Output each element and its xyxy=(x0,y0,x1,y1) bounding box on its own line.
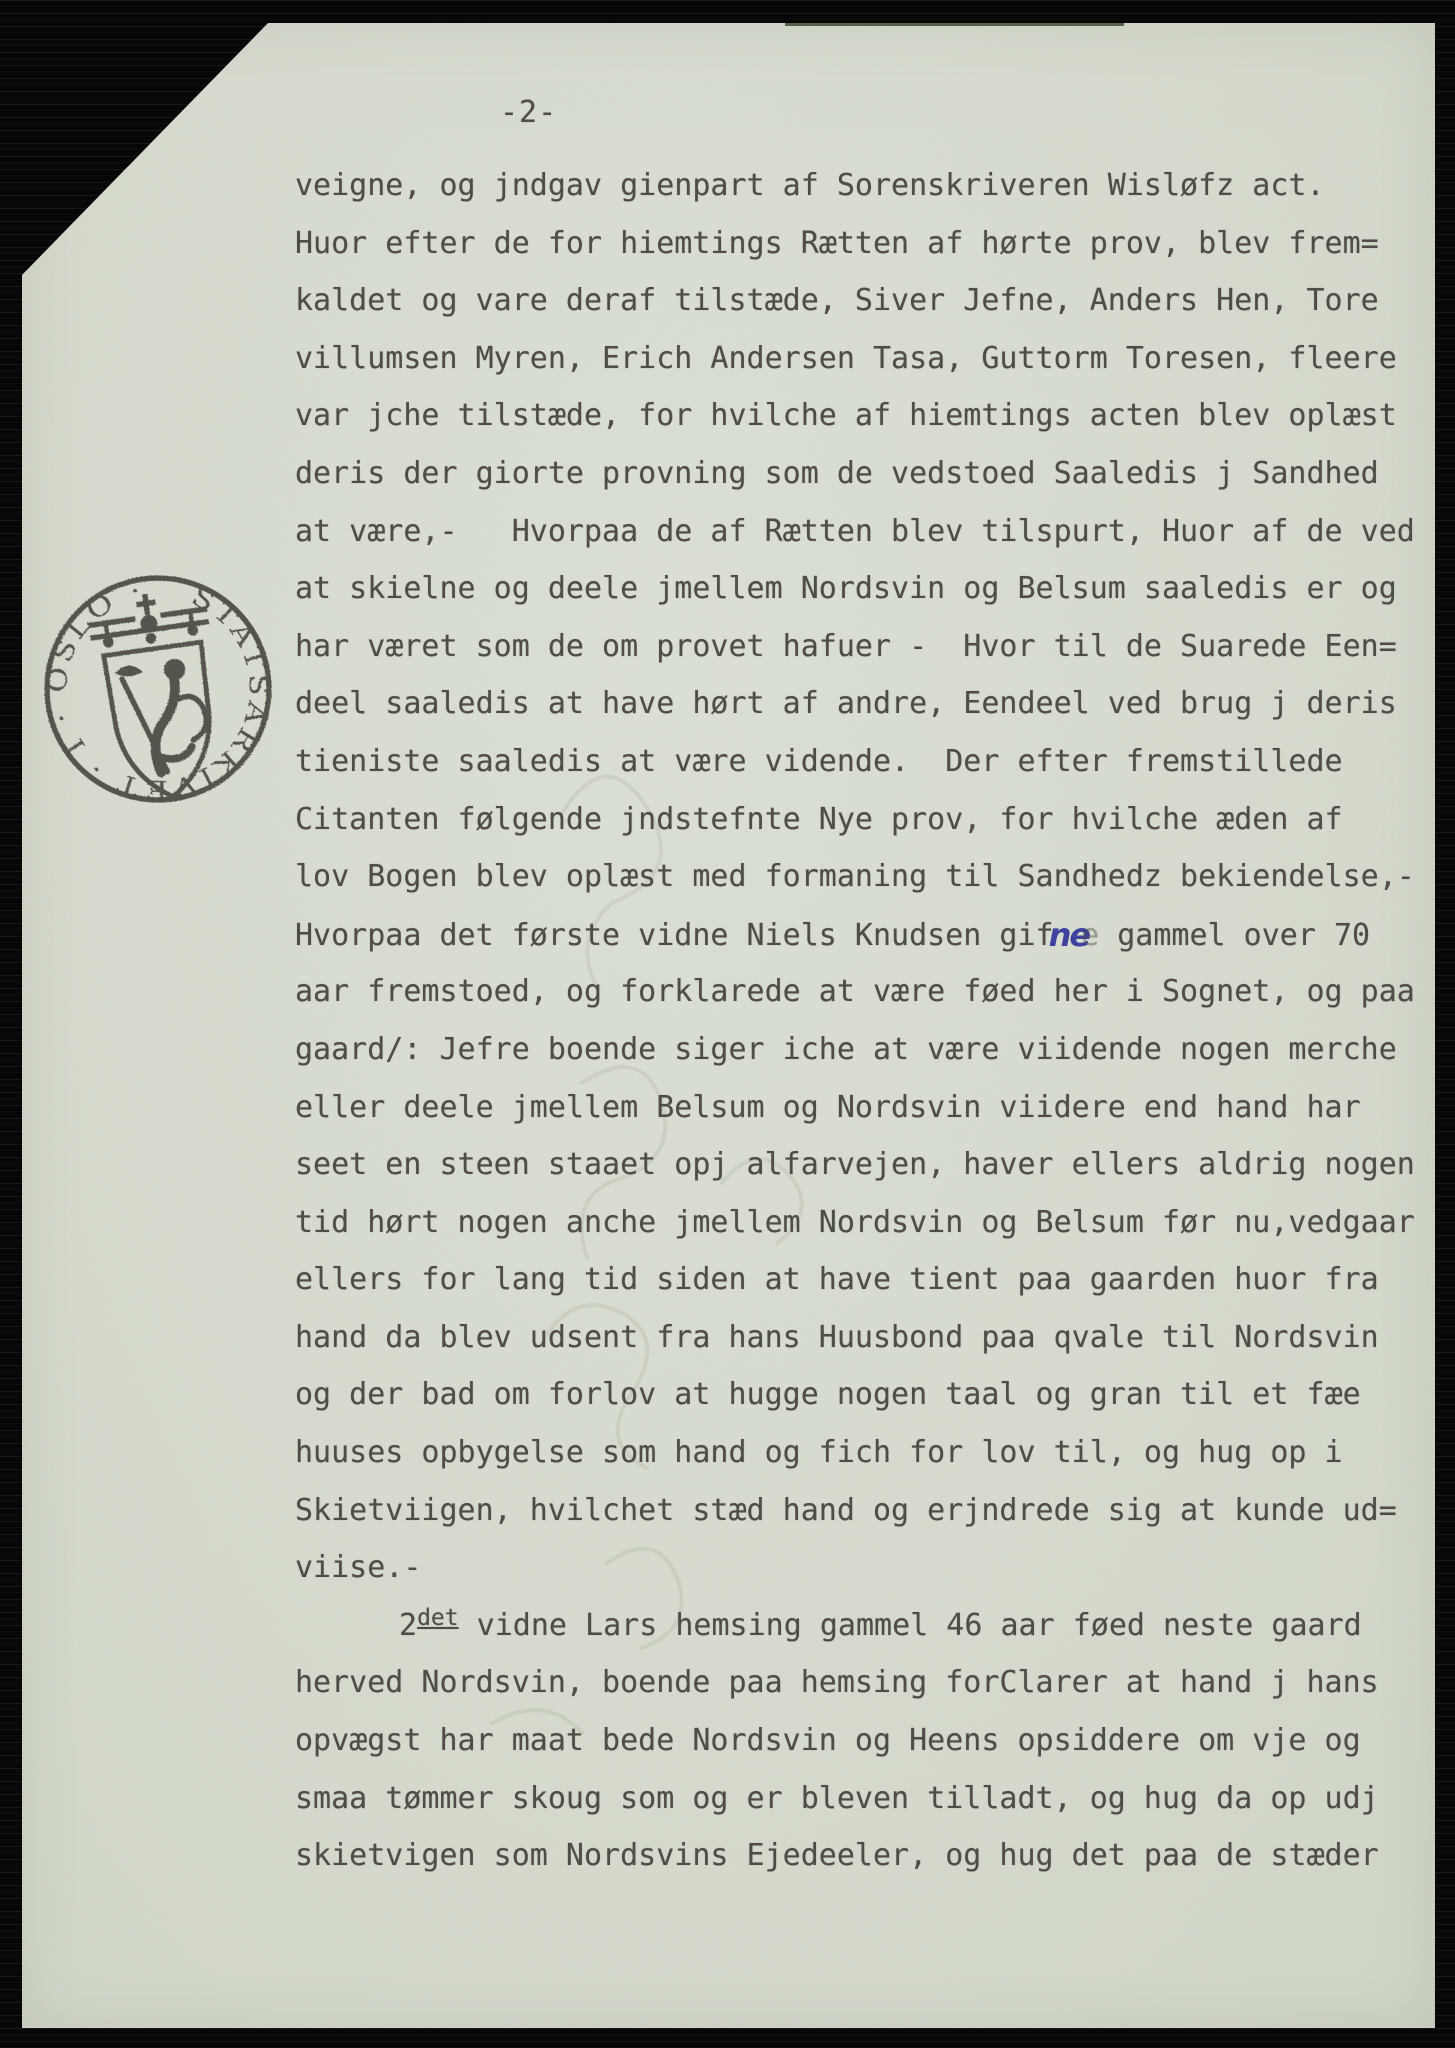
typed-line: aar fremstoed, og forklarede at være føe… xyxy=(295,963,1445,1021)
typed-ghost-letter: e xyxy=(1081,918,1099,953)
document-page: -2- veigne, og jndgav gienpart af Sorens… xyxy=(22,23,1435,2028)
typed-line: deel saaledis at have hørt af andre, Een… xyxy=(295,675,1445,733)
typed-line: huuses opbygelse som hand og fich for lo… xyxy=(295,1424,1445,1482)
typed-line-second-witness: 2det vidne Lars hemsing gammel 46 aar fø… xyxy=(295,1597,1445,1655)
typed-line: tid hørt nogen anche jmellem Nordsvin og… xyxy=(295,1194,1445,1252)
typed-line: herved Nordsvin, boende paa hemsing forC… xyxy=(295,1654,1445,1712)
typed-line: veigne, og jndgav gienpart af Sorenskriv… xyxy=(295,157,1445,215)
typed-line-with-correction: Hvorpaa det første vidne Niels Knudsen g… xyxy=(295,906,1445,964)
scanned-archive-page: { "page": { "page_number": "-2-", "stamp… xyxy=(0,0,1455,2048)
typed-line: lov Bogen blev oplæst med formaning til … xyxy=(295,848,1445,906)
typed-segment: Hvorpaa det første vidne Niels Knudsen g… xyxy=(295,918,1054,953)
typed-line: smaa tømmer skoug som og er bleven tilla… xyxy=(295,1770,1445,1828)
typed-line: var jche tilstæde, for hvilche af hiemti… xyxy=(295,387,1445,445)
typed-line: seet en steen staaet opj alfarvejen, hav… xyxy=(295,1136,1445,1194)
typed-text-block: veigne, og jndgav gienpart af Sorenskriv… xyxy=(295,157,1445,1885)
page-number: -2- xyxy=(500,95,557,130)
typed-line: viise.- xyxy=(295,1539,1445,1597)
typed-line: Huor efter de for hiemtings Rætten af hø… xyxy=(295,215,1445,273)
typed-line: at være,- Hvorpaa de af Rætten blev tils… xyxy=(295,503,1445,561)
typed-line: gaard/: Jefre boende siger iche at være … xyxy=(295,1021,1445,1079)
ordinal-number: 2 xyxy=(399,1608,417,1643)
stamp-ring-text: STATSARKIVET · I · OSLO · xyxy=(27,558,289,820)
typed-line: opvægst har maat bede Nordsvin og Heens … xyxy=(295,1712,1445,1770)
typed-line: at skielne og deele jmellem Nordsvin og … xyxy=(295,560,1445,618)
typed-segment: gammel over 70 xyxy=(1099,918,1370,953)
typed-line: og der bad om forlov at hugge nogen taal… xyxy=(295,1366,1445,1424)
typed-line: tieniste saaledis at være vidende. Der e… xyxy=(295,733,1445,791)
typed-line: skietvigen som Nordsvins Ejedeeler, og h… xyxy=(295,1827,1445,1885)
typed-line: Skietviigen, hvilchet stæd hand og erjnd… xyxy=(295,1482,1445,1540)
typed-line: villumsen Myren, Erich Andersen Tasa, Gu… xyxy=(295,330,1445,388)
typed-line: har været som de om provet hafuer - Hvor… xyxy=(295,618,1445,676)
typed-line: Citanten følgende jndstefnte Nye prov, f… xyxy=(295,791,1445,849)
typed-line: hand da blev udsent fra hans Huusbond pa… xyxy=(295,1309,1445,1367)
typed-line: deris der giorte provning som de vedstoe… xyxy=(295,445,1445,503)
statsarkivet-oslo-stamp: STATSARKIVET · I · OSLO · xyxy=(13,544,302,833)
typed-line: eller deele jmellem Belsum og Nordsvin v… xyxy=(295,1079,1445,1137)
typed-segment: vidne Lars hemsing gammel 46 aar føed ne… xyxy=(459,1608,1362,1643)
typed-line: kaldet og vare deraf tilstæde, Siver Jef… xyxy=(295,272,1445,330)
typed-line: ellers for lang tid siden at have tient … xyxy=(295,1251,1445,1309)
